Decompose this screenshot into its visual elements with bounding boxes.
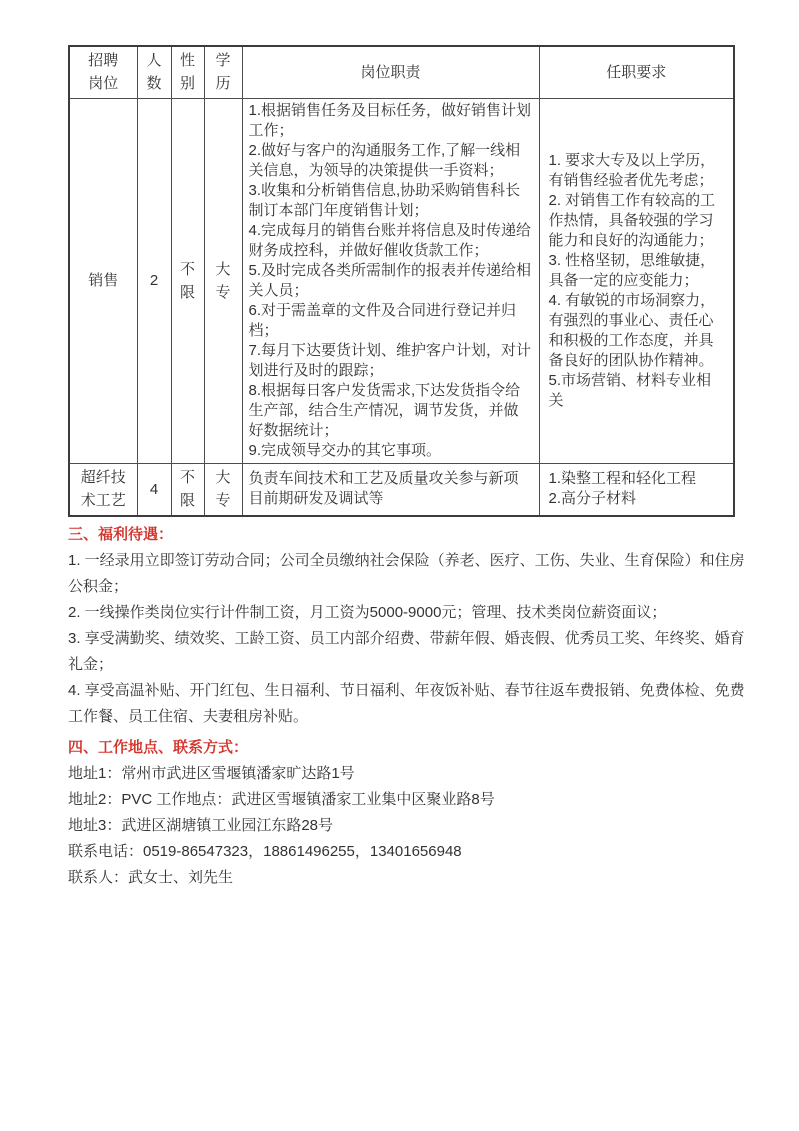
cell-duties: 负责车间技术和工艺及质量攻关参与新项目前期研发及调试等 (242, 463, 539, 516)
cell-count: 2 (137, 98, 171, 463)
cell-gender: 不 限 (171, 463, 204, 516)
cell-position: 超纤技 术工艺 (69, 463, 137, 516)
benefit-item-4: 4. 享受高温补贴、开门红包、生日福利、节日福利、年夜饭补贴、春节往返车费报销、… (68, 678, 749, 730)
recruitment-table: 招聘 岗位 人 数 性 别 学 历 岗位职责 任职要求 销售 2 不 限 大 专… (68, 45, 735, 517)
benefit-item-3: 3. 享受满勤奖、绩效奖、工龄工资、员工内部介绍费、带薪年假、婚丧假、优秀员工奖… (68, 626, 749, 678)
column-header-education: 学 历 (204, 46, 242, 98)
table-header-row: 招聘 岗位 人 数 性 别 学 历 岗位职责 任职要求 (69, 46, 734, 98)
cell-education: 大 专 (204, 463, 242, 516)
benefit-item-2: 2. 一线操作类岗位实行计件制工资，月工资为5000-9000元；管理、技术类岗… (68, 600, 749, 626)
cell-education: 大 专 (204, 98, 242, 463)
cell-duties: 1.根据销售任务及目标任务，做好销售计划工作； 2.做好与客户的沟通服务工作,了… (242, 98, 539, 463)
cell-requirements: 1.染整工程和轻化工程 2.高分子材料 (539, 463, 734, 516)
contact-phone-line: 联系电话：0519-86547323，18861496255，134016569… (68, 839, 749, 865)
contact-person-line: 联系人：武女士、刘先生 (68, 865, 749, 891)
column-header-duties: 岗位职责 (242, 46, 539, 98)
cell-gender: 不 限 (171, 98, 204, 463)
column-header-gender: 性 别 (171, 46, 204, 98)
recruitment-document-page: 招聘 岗位 人 数 性 别 学 历 岗位职责 任职要求 销售 2 不 限 大 专… (0, 0, 799, 1131)
benefit-item-1: 1. 一经录用立即签订劳动合同；公司全员缴纳社会保险（养老、医疗、工伤、失业、生… (68, 548, 749, 600)
column-header-requirements: 任职要求 (539, 46, 734, 98)
column-header-count: 人 数 (137, 46, 171, 98)
contact-section: 四、工作地点、联系方式： 地址1：常州市武进区雪堰镇潘家旷达路1号 地址2：PV… (68, 735, 749, 891)
table-row-microfiber-tech: 超纤技 术工艺 4 不 限 大 专 负责车间技术和工艺及质量攻关参与新项目前期研… (69, 463, 734, 516)
cell-requirements: 1. 要求大专及以上学历，有销售经验者优先考虑； 2. 对销售工作有较高的工作热… (539, 98, 734, 463)
table-row-sales: 销售 2 不 限 大 专 1.根据销售任务及目标任务，做好销售计划工作； 2.做… (69, 98, 734, 463)
cell-count: 4 (137, 463, 171, 516)
benefits-section-heading: 三、福利待遇： (68, 522, 749, 548)
benefits-section: 三、福利待遇： 1. 一经录用立即签订劳动合同；公司全员缴纳社会保险（养老、医疗… (68, 522, 749, 730)
contact-address-1: 地址1：常州市武进区雪堰镇潘家旷达路1号 (68, 761, 749, 787)
column-header-position: 招聘 岗位 (69, 46, 137, 98)
contact-address-3: 地址3：武进区湖塘镇工业园江东路28号 (68, 813, 749, 839)
cell-position: 销售 (69, 98, 137, 463)
contact-address-2: 地址2：PVC 工作地点：武进区雪堰镇潘家工业集中区聚业路8号 (68, 787, 749, 813)
contact-section-heading: 四、工作地点、联系方式： (68, 735, 749, 761)
